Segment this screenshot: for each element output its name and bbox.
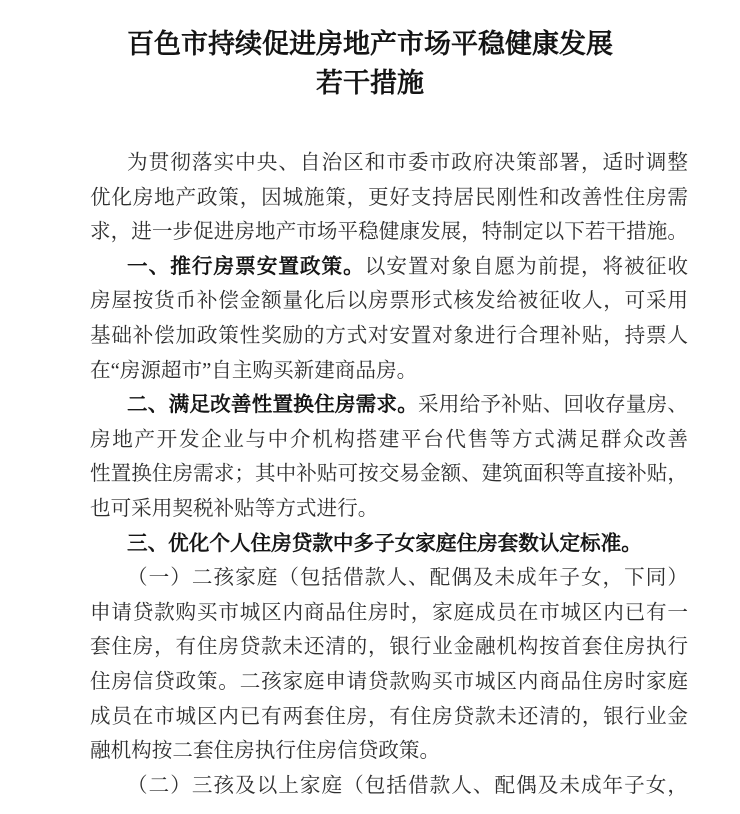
text-line: 成员在市城区内已有两套住房，有住房贷款未还清的，银行业金 bbox=[90, 700, 688, 735]
text-line: 为贯彻落实中央、自治区和市委市政府决策部署，适时调整 bbox=[90, 146, 688, 181]
text-line: 房屋按货币补偿金额量化后以房票形式核发给被征收人，可采用 bbox=[90, 284, 688, 319]
line-text: 在“房源超市”自主购买新建商品房。 bbox=[90, 360, 417, 382]
text-line: 套住房，有住房贷款未还清的，银行业金融机构按首套住房执行 bbox=[90, 630, 688, 665]
line-text: 房屋按货币补偿金额量化后以房票形式核发给被征收人，可采用 bbox=[90, 290, 688, 312]
text-line: 融机构按二套住房执行住房信贷政策。 bbox=[90, 734, 688, 769]
line-text: 住房信贷政策。二孩家庭申请贷款购买市城区内商品住房时家庭 bbox=[90, 671, 688, 693]
text-line: 也可采用契税补贴等方式进行。 bbox=[90, 492, 688, 527]
section-heading: 一、推行房票安置政策。 bbox=[127, 255, 365, 278]
line-text: 套住房，有住房贷款未还清的，银行业金融机构按首套住房执行 bbox=[90, 636, 688, 658]
text-line: 基础补偿加政策性奖励的方式对安置对象进行合理补贴，持票人 bbox=[90, 319, 688, 354]
line-text: 采用给予补贴、回收存量房、 bbox=[418, 394, 688, 416]
line-text: 成员在市城区内已有两套住房，有住房贷款未还清的，银行业金 bbox=[90, 706, 688, 728]
text-line: （二）三孩及以上家庭（包括借款人、配偶及未成年子女， bbox=[90, 769, 688, 804]
text-line: 在“房源超市”自主购买新建商品房。 bbox=[90, 354, 688, 389]
text-line: 房地产开发企业与中介机构搭建平台代售等方式满足群众改善 bbox=[90, 423, 688, 458]
text-line: 一、推行房票安置政策。以安置对象自愿为前提，将被征收 bbox=[90, 250, 688, 285]
line-text: 房地产开发企业与中介机构搭建平台代售等方式满足群众改善 bbox=[90, 429, 688, 451]
title-line-1: 百色市持续促进房地产市场平稳健康发展 bbox=[0, 25, 740, 64]
text-line: （一）二孩家庭（包括借款人、配偶及未成年子女，下同） bbox=[90, 561, 688, 596]
line-text: 为贯彻落实中央、自治区和市委市政府决策部署，适时调整 bbox=[127, 152, 688, 174]
line-text: 优化房地产政策，因城施策，更好支持居民刚性和改善性住房需 bbox=[90, 187, 688, 209]
section-heading: 二、满足改善性置换住房需求。 bbox=[127, 393, 418, 416]
line-text: （二）三孩及以上家庭（包括借款人、配偶及未成年子女， bbox=[127, 775, 688, 797]
document-page: 百色市持续促进房地产市场平稳健康发展 若干措施 为贯彻落实中央、自治区和市委市政… bbox=[0, 0, 740, 814]
line-text: 性置换住房需求；其中补贴可按交易金额、建筑面积等直接补贴， bbox=[90, 463, 688, 485]
line-text: 也可采用契税补贴等方式进行。 bbox=[90, 498, 378, 520]
line-text: 以安置对象自愿为前提，将被征收 bbox=[365, 256, 688, 278]
line-text: 求，进一步促进房地产市场平稳健康发展，特制定以下若干措施。 bbox=[90, 221, 688, 243]
line-text: 申请贷款购买市城区内商品住房时，家庭成员在市城区内已有一 bbox=[90, 602, 688, 624]
section-heading: 三、优化个人住房贷款中多子女家庭住房套数认定标准。 bbox=[127, 532, 642, 555]
text-line: 求，进一步促进房地产市场平稳健康发展，特制定以下若干措施。 bbox=[90, 215, 688, 250]
line-text: 基础补偿加政策性奖励的方式对安置对象进行合理补贴，持票人 bbox=[90, 325, 688, 347]
document-title: 百色市持续促进房地产市场平稳健康发展 若干措施 bbox=[0, 25, 740, 103]
text-line: 住房信贷政策。二孩家庭申请贷款购买市城区内商品住房时家庭 bbox=[90, 665, 688, 700]
text-line: 性置换住房需求；其中补贴可按交易金额、建筑面积等直接补贴， bbox=[90, 457, 688, 492]
text-line: 优化房地产政策，因城施策，更好支持居民刚性和改善性住房需 bbox=[90, 181, 688, 216]
document-body: 为贯彻落实中央、自治区和市委市政府决策部署，适时调整优化房地产政策，因城施策，更… bbox=[90, 146, 688, 803]
line-text: 融机构按二套住房执行住房信贷政策。 bbox=[90, 740, 440, 762]
text-line: 申请贷款购买市城区内商品住房时，家庭成员在市城区内已有一 bbox=[90, 596, 688, 631]
text-line: 三、优化个人住房贷款中多子女家庭住房套数认定标准。 bbox=[90, 527, 688, 562]
line-text: （一）二孩家庭（包括借款人、配偶及未成年子女，下同） bbox=[127, 567, 688, 589]
title-line-2: 若干措施 bbox=[0, 64, 740, 103]
text-line: 二、满足改善性置换住房需求。采用给予补贴、回收存量房、 bbox=[90, 388, 688, 423]
